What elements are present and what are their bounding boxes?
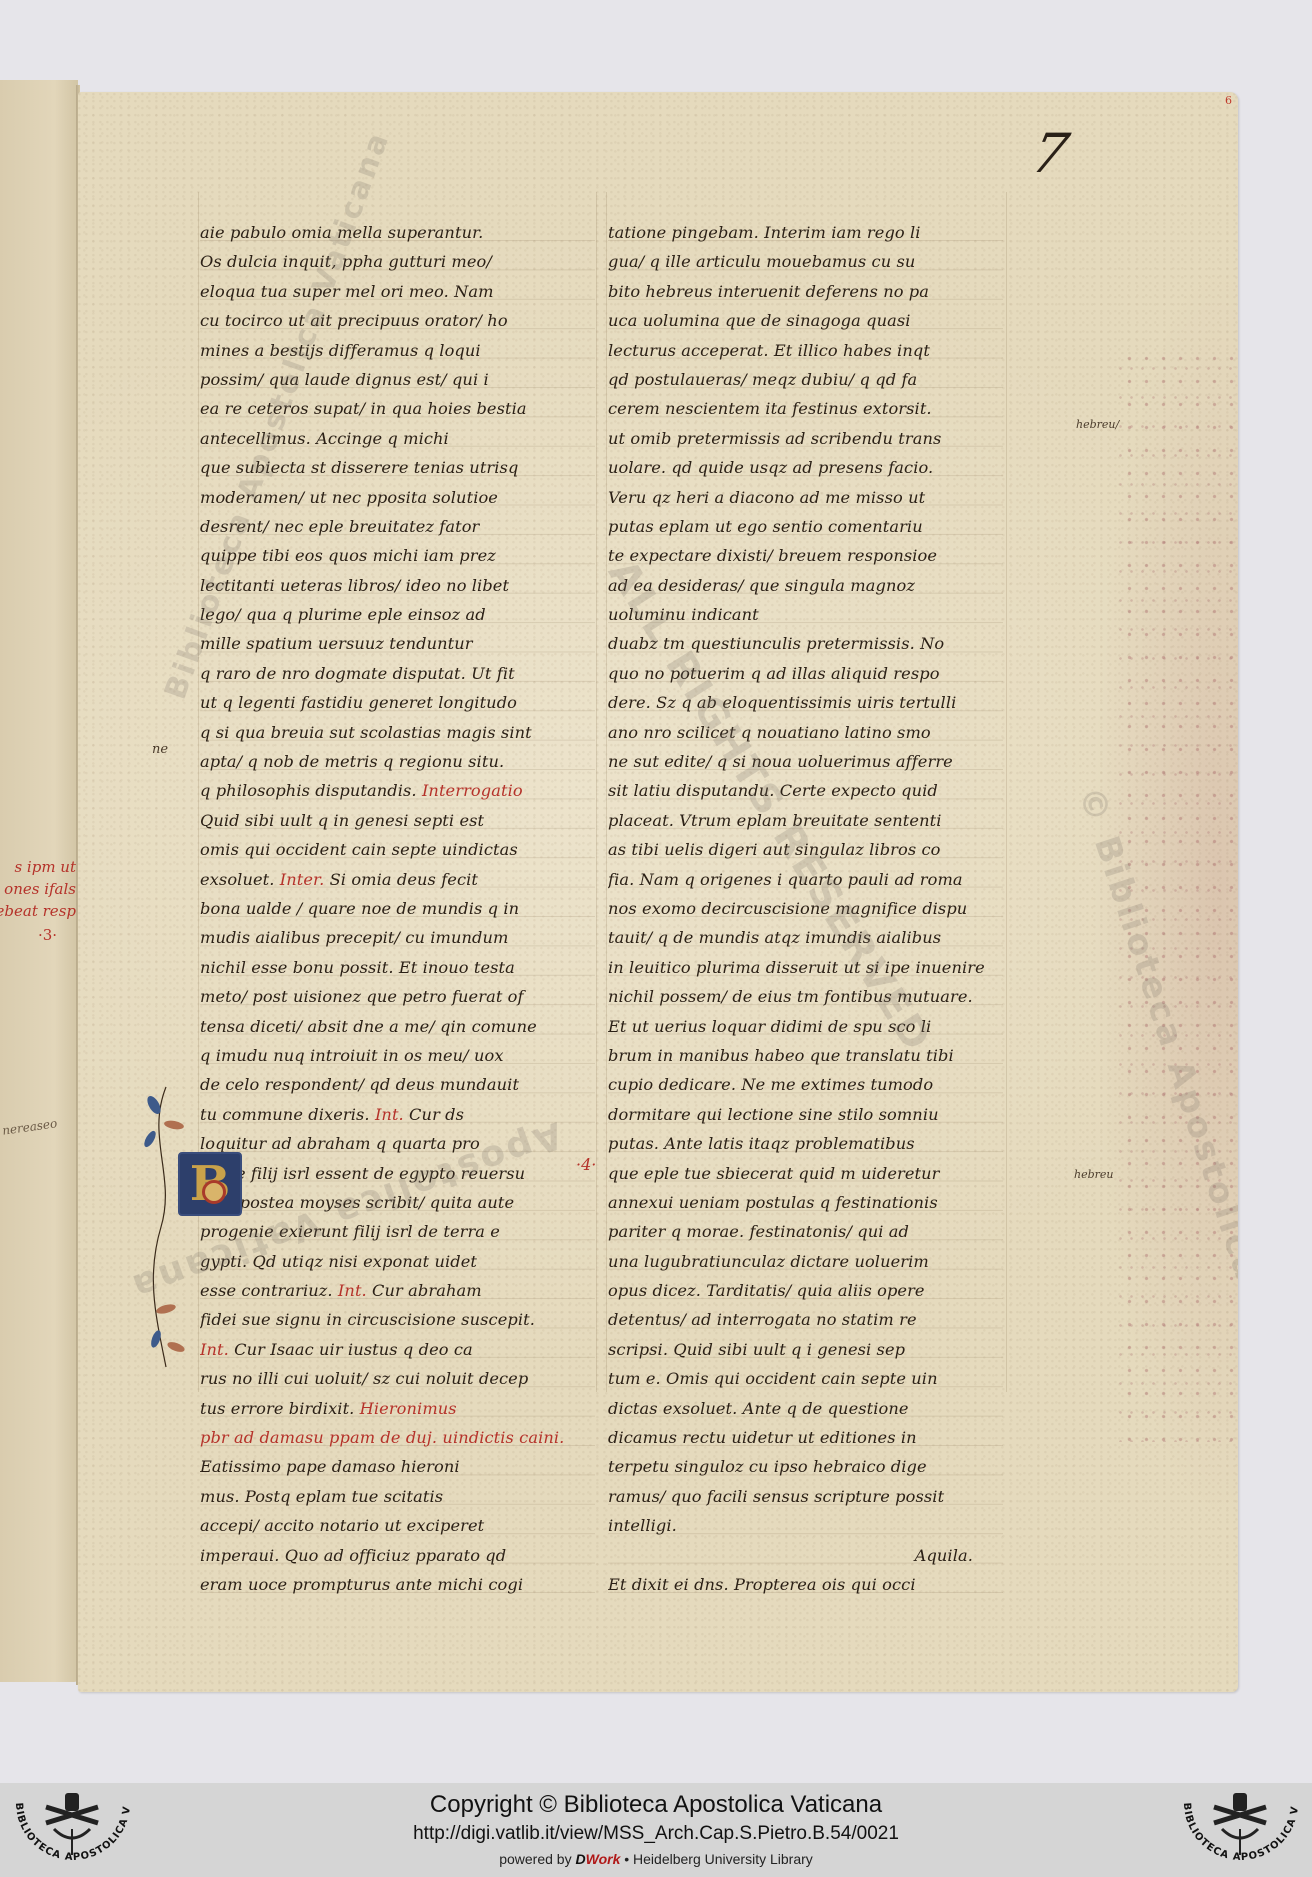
manuscript-line: ad ea desideras/ que singula magnoz [608,571,1003,600]
line-text: lectitanti ueteras libros/ ideo no libet [200,576,509,595]
left-page-red-note: s ipm ut [14,858,76,876]
manuscript-line: placeat. Vtrum eplam breuitate sententi [608,806,1003,835]
manuscript-line: mudis aialibus precepit/ cu imundum [200,923,595,952]
line-text: possim/ qua laude dignus est/ qui i [200,370,489,389]
line-text: ramus/ quo facili sensus scripture possi… [608,1487,944,1506]
manuscript-line: dictas exsoluet. Ante q de questione [608,1394,1003,1423]
foxing-stains [1118,342,1238,1442]
powered-by-label: powered by [499,1851,575,1867]
manuscript-line: moderamen/ ut nec pposita solutioe [200,483,595,512]
manuscript-line: mus. Postq eplam tue scitatis [200,1482,595,1511]
manuscript-line: ri/ q postea moyses scribit/ quita aute [200,1188,595,1217]
line-text: annexui ueniam postulas q festinationis [608,1193,938,1212]
manuscript-line: detentus/ ad interrogata no statim re [608,1305,1003,1334]
line-text: omis qui occident cain septe uindictas [200,840,518,859]
line-text: uoluminu indicant [608,605,759,624]
line-text-continued: Cur Isaac uir iustus q deo ca [229,1340,473,1359]
manuscript-line: ut omib pretermissis ad scribendu trans [608,424,1003,453]
manuscript-line: tauit/ q de mundis atqz imundis aialibus [608,923,1003,952]
manuscript-line: bito hebreus interuenit deferens no pa [608,277,1003,306]
manuscript-line: duabz tm questiunculis pretermissis. No [608,629,1003,658]
left-page-folio-mark: ·3· [38,926,57,944]
line-text: antecellimus. Accinge q michi [200,429,449,448]
line-text: uolare. qd quide usqz ad presens facio. [608,458,933,477]
line-text: quo no potuerim q ad illas aliquid respo [608,664,940,683]
line-text: q philosophis disputandis. [200,781,417,800]
manuscript-line: pbr ad damasu ppam de duj. uindictis cai… [200,1423,595,1452]
line-text: lecturus acceperat. Et illico habes inqt [608,341,930,360]
manuscript-line: una lugubratiunculaz dictare uoluerim [608,1247,1003,1276]
line-text: progenie exierunt filij isrl de terra e [200,1222,500,1241]
line-text: bito hebreus interuenit deferens no pa [608,282,929,301]
line-text: cu tocirco ut ait precipuus orator/ ho [200,311,508,330]
left-page-red-note: ones ifals [4,880,76,898]
manuscript-line: Quid sibi uult q in genesi septi est [200,806,595,835]
manuscript-line: q philosophis disputandis. Interrogatio [200,776,595,805]
permalink-url[interactable]: http://digi.vatlib.it/view/MSS_Arch.Cap.… [0,1823,1312,1845]
manuscript-line: fia. Nam q origenes i quarto pauli ad ro… [608,865,1003,894]
manuscript-line: Aquila. [608,1541,1003,1570]
line-text: mines a bestijs differamus q loqui [200,341,481,360]
corner-mark: 6 [1225,94,1232,107]
line-text: uca uolumina que de sinagoga quasi [608,311,911,330]
manuscript-line: scripsi. Quid sibi uult q i genesi sep [608,1335,1003,1364]
manuscript-line: nos exomo decircuscisione magnifice disp… [608,894,1003,923]
line-text: ne sut edite/ q si noua uoluerimus affer… [608,752,953,771]
line-text: mus. Postq eplam tue scitatis [200,1487,443,1506]
manuscript-line: aie pabulo omia mella superantur. [200,218,595,247]
manuscript-line: apta/ q nob de metris q regionu situ. [200,747,595,776]
manuscript-line: gua/ q ille articulu mouebamus cu su [608,247,1003,276]
line-text: fidei sue signu in circuscisione suscepi… [200,1310,535,1329]
manuscript-line: desrent/ nec eple breuitatez fator [200,512,595,541]
line-text: accepi/ accito notario ut exciperet [200,1516,484,1535]
manuscript-line: lego/ qua q plurime eple einsoz ad [200,600,595,629]
line-text: rus no illi cui uoluit/ sz cui noluit de… [200,1369,528,1388]
line-text-continued: Cur abraham [367,1281,482,1300]
line-text: nichil esse bonu possit. Et inouo testa [200,958,515,977]
manuscript-line: Et dixit ei dns. Propterea ois qui occi [608,1570,1003,1599]
line-text: ea re ceteros supat/ in qua hoies bestia [200,399,527,418]
manuscript-line: mines a bestijs differamus q loqui [200,336,595,365]
line-text: eloqua tua super mel ori meo. Nam [200,282,494,301]
line-text: ano nro scilicet q nouatiano latino smo [608,723,931,742]
manuscript-line: terpetu singuloz cu ipso hebraico dige [608,1452,1003,1481]
margin-note-hebreu: hebreu [1074,1168,1114,1181]
manuscript-line: Int. Cur Isaac uir iustus q deo ca [200,1335,595,1364]
line-text: mille spatium uersuuz tenduntur [200,634,473,653]
illuminated-initial: B [178,1152,242,1216]
line-text: q si qua breuia sut scolastias magis sin… [200,723,532,742]
line-text: brum in manibus habeo que translatu tibi [608,1046,954,1065]
line-text: que eple tue sbiecerat quid m uideretur [608,1164,940,1183]
rubric-marker: ·4· [576,1155,596,1174]
line-text: q imudu nuq introiuit in os meu/ uox [200,1046,504,1065]
ruling-line [1006,192,1007,1392]
line-text: exsoluet. [200,870,275,889]
manuscript-line: uca uolumina que de sinagoga quasi [608,306,1003,335]
line-text: fia. Nam q origenes i quarto pauli ad ro… [608,870,963,889]
manuscript-line: dere. Sz q ab eloquentissimis uiris tert… [608,688,1003,717]
manuscript-line: cu tocirco ut ait precipuus orator/ ho [200,306,595,335]
line-text: ad ea desideras/ que singula magnoz [608,576,915,595]
line-text: moderamen/ ut nec pposita solutioe [200,488,498,507]
dwork-work: Work [586,1851,621,1867]
line-text: cupio dedicare. Ne me extimes tumodo [608,1075,933,1094]
line-text: apta/ q nob de metris q regionu situ. [200,752,504,771]
manuscript-line: te expectare dixisti/ breuem responsioe [608,541,1003,570]
manuscript-line: gypti. Qd utiqz nisi exponat uidet [200,1247,595,1276]
text-column-right: tatione pingebam. Interim iam rego ligua… [608,218,1003,1599]
manuscript-line: bona ualde / quare noe de mundis q in [200,894,595,923]
manuscript-line: que eple tue sbiecerat quid m uideretur [608,1159,1003,1188]
rubric-heading: Interrogatio [422,781,523,800]
manuscript-line: ne sut edite/ q si noua uoluerimus affer… [608,747,1003,776]
ruling-line [596,192,597,1392]
line-text: Eatissimo pape damaso hieroni [200,1457,460,1476]
manuscript-line: dormitare qui lectione sine stilo somniu [608,1100,1003,1129]
line-text: detentus/ ad interrogata no statim re [608,1310,917,1329]
line-text: te expectare dixisti/ breuem responsioe [608,546,937,565]
manuscript-line: fidei sue signu in circuscisione suscepi… [200,1305,595,1334]
previous-page-edge: s ipm ut ones ifals ebeat resp ·3· nerea… [0,80,78,1682]
manuscript-line: Os dulcia inquit, ppha gutturi meo/ [200,247,595,276]
dwork-link[interactable]: DWork [575,1851,620,1867]
line-text: aie pabulo omia mella superantur. [200,223,483,242]
manuscript-line: ea re ceteros supat/ in qua hoies bestia [200,394,595,423]
line-text: ri/ q postea moyses scribit/ quita aute [200,1193,514,1212]
left-page-gloss: nereaseo [1,1116,58,1138]
line-text: Et dixit ei dns. Propterea ois qui occi [608,1575,916,1594]
manuscript-line: tus errore birdixit. Hieronimus [200,1394,595,1423]
text-column-left: aie pabulo omia mella superantur.Os dulc… [200,218,595,1599]
margin-note-ne: ne [152,742,168,757]
manuscript-line: possim/ qua laude dignus est/ qui i [200,365,595,394]
ruling-line [606,192,607,1392]
manuscript-line: ut q legenti fastidiu generet longitudo [200,688,595,717]
initial-ornament [202,1180,226,1204]
copyright-text: Copyright © Biblioteca Apostolica Vatica… [0,1791,1312,1819]
manuscript-line: uolare. qd quide usqz ad presens facio. [608,453,1003,482]
line-text: nos exomo decircuscisione magnifice disp… [608,899,967,918]
line-text: putas eplam ut ego sentio comentariu [608,517,923,536]
line-text: ut q legenti fastidiu generet longitudo [200,693,517,712]
manuscript-line: q imudu nuq introiuit in os meu/ uox [200,1041,595,1070]
line-text: que subiecta st disserere tenias utrisq [200,458,518,477]
manuscript-line: imperaui. Quo ad officiuz pparato qd [200,1541,595,1570]
line-text: tensa diceti/ absit dne a me/ qin comune [200,1017,537,1036]
floral-vine-decoration [136,1077,186,1377]
rubric-heading: Int. [200,1340,229,1359]
manuscript-line: in leuitico plurima disseruit ut si ipe … [608,953,1003,982]
line-text: eram uoce prompturus ante michi cogi [200,1575,523,1594]
line-text: intelligi. [608,1516,677,1535]
rubric-heading: Inter. [280,870,325,889]
manuscript-line: eram uoce prompturus ante michi cogi [200,1570,595,1599]
line-text: de celo respondent/ qd deus mundauit [200,1075,519,1094]
manuscript-line: qd postulaueras/ meqz dubiu/ q qd fa [608,365,1003,394]
manuscript-line: brum in manibus habeo que translatu tibi [608,1041,1003,1070]
manuscript-line: tum e. Omis qui occident cain septe uin [608,1364,1003,1393]
line-text: in leuitico plurima disseruit ut si ipe … [608,958,985,977]
rubric-heading: Hieronimus [360,1399,457,1418]
line-text: tum e. Omis qui occident cain septe uin [608,1369,938,1388]
manuscript-line: sit latiu disputandu. Certe expecto quid [608,776,1003,805]
line-text-continued: Cur ds [404,1105,464,1124]
manuscript-line: tu commune dixeris. Int. Cur ds [200,1100,595,1129]
line-text: q raro de nro dogmate disputat. Ut fit [200,664,515,683]
line-text: Et ut uerius loquar didimi de spu sco li [608,1017,931,1036]
manuscript-line: q raro de nro dogmate disputat. Ut fit [200,659,595,688]
manuscript-line: tensa diceti/ absit dne a me/ qin comune [200,1012,595,1041]
vatican-library-logo-right: BIBLIOTECA APOSTOLICA VATICANA [1170,1785,1310,1875]
line-text: mudis aialibus precepit/ cu imundum [200,928,508,947]
manuscript-line: genie filij isrl essent de egypto reuers… [200,1159,595,1188]
manuscript-line: as tibi uelis digeri aut singulaz libros… [608,835,1003,864]
line-text: genie filij isrl essent de egypto reuers… [200,1164,525,1183]
manuscript-line: pariter q morae. festinatonis/ qui ad [608,1217,1003,1246]
line-text: ut omib pretermissis ad scribendu trans [608,429,941,448]
line-text: dormitare qui lectione sine stilo somniu [608,1105,939,1124]
manuscript-line: progenie exierunt filij isrl de terra e [200,1217,595,1246]
manuscript-line: opus dicez. Tarditatis/ quia aliis opere [608,1276,1003,1305]
manuscript-line: annexui ueniam postulas q festinationis [608,1188,1003,1217]
manuscript-line: quo no potuerim q ad illas aliquid respo [608,659,1003,688]
line-text: tu commune dixeris. [200,1105,370,1124]
manuscript-line: cupio dedicare. Ne me extimes tumodo [608,1070,1003,1099]
line-text: placeat. Vtrum eplam breuitate sententi [608,811,941,830]
line-text: gua/ q ille articulu mouebamus cu su [608,252,915,271]
manuscript-line: cerem nescientem ita festinus extorsit. [608,394,1003,423]
manuscript-line: meto/ post uisionez que petro fuerat of [200,982,595,1011]
manuscript-line: ano nro scilicet q nouatiano latino smo [608,718,1003,747]
line-text: opus dicez. Tarditatis/ quia aliis opere [608,1281,925,1300]
line-text: dere. Sz q ab eloquentissimis uiris tert… [608,693,956,712]
manuscript-line: uoluminu indicant [608,600,1003,629]
rubric-heading: Int. [338,1281,367,1300]
left-page-red-note: ebeat resp [0,902,76,920]
line-text: duabz tm questiunculis pretermissis. No [608,634,944,653]
heidelberg-credit: • Heidelberg University Library [620,1851,812,1867]
manuscript-line: putas. Ante latis itaqz problematibus [608,1129,1003,1158]
manuscript-line: rus no illi cui uoluit/ sz cui noluit de… [200,1364,595,1393]
manuscript-line: lectitanti ueteras libros/ ideo no libet [200,571,595,600]
line-text: pbr ad damasu ppam de duj. uindictis cai… [200,1428,564,1447]
manuscript-line: mille spatium uersuuz tenduntur [200,629,595,658]
line-text: lego/ qua q plurime eple einsoz ad [200,605,486,624]
line-text-continued: Si omia deus fecit [324,870,478,889]
line-text: loquitur ad abraham q quarta pro [200,1134,480,1153]
line-text: tus errore birdixit. [200,1399,354,1418]
line-text: pariter q morae. festinatonis/ qui ad [608,1222,909,1241]
line-text: cerem nescientem ita festinus extorsit. [608,399,932,418]
powered-by-credit: powered by DWork • Heidelberg University… [0,1851,1312,1867]
folio-number: 7 [1026,122,1074,185]
manuscript-line: de celo respondent/ qd deus mundauit [200,1070,595,1099]
margin-note-hebreu: hebreu/ [1076,418,1119,431]
line-text: sit latiu disputandu. Certe expecto quid [608,781,938,800]
manuscript-line: nichil possem/ de eius tm fontibus mutua… [608,982,1003,1011]
manuscript-line: Et ut uerius loquar didimi de spu sco li [608,1012,1003,1041]
line-text: esse contrariuz. [200,1281,333,1300]
manuscript-line: esse contrariuz. Int. Cur abraham [200,1276,595,1305]
line-text: dicamus rectu uidetur ut editiones in [608,1428,917,1447]
manuscript-line: exsoluet. Inter. Si omia deus fecit [200,865,595,894]
line-text: scripsi. Quid sibi uult q i genesi sep [608,1340,905,1359]
line-text: putas. Ante latis itaqz problematibus [608,1134,915,1153]
line-text: Os dulcia inquit, ppha gutturi meo/ [200,252,492,271]
manuscript-page: 6 7 aie pabulo omia mella superantur.Os … [78,92,1238,1692]
manuscript-line: dicamus rectu uidetur ut editiones in [608,1423,1003,1452]
dwork-d: D [575,1851,585,1867]
line-text: imperaui. Quo ad officiuz pparato qd [200,1546,506,1565]
rubric-heading: Int. [375,1105,404,1124]
line-text: gypti. Qd utiqz nisi exponat uidet [200,1252,477,1271]
manuscript-line: Eatissimo pape damaso hieroni [200,1452,595,1481]
line-text: terpetu singuloz cu ipso hebraico dige [608,1457,927,1476]
line-text: bona ualde / quare noe de mundis q in [200,899,519,918]
manuscript-line: lecturus acceperat. Et illico habes inqt [608,336,1003,365]
line-text: nichil possem/ de eius tm fontibus mutua… [608,987,973,1006]
line-text: tatione pingebam. Interim iam rego li [608,223,921,242]
line-text: as tibi uelis digeri aut singulaz libros… [608,840,941,859]
line-text: desrent/ nec eple breuitatez fator [200,517,479,536]
copyright-footer: BIBLIOTECA APOSTOLICA VATICANA Copyright… [0,1783,1312,1877]
manuscript-line: omis qui occident cain septe uindictas [200,835,595,864]
line-text: Quid sibi uult q in genesi septi est [200,811,484,830]
manuscript-line: loquitur ad abraham q quarta pro [200,1129,595,1158]
line-text: Veru qz heri a diacono ad me misso ut [608,488,925,507]
manuscript-line: ramus/ quo facili sensus scripture possi… [608,1482,1003,1511]
manuscript-line: putas eplam ut ego sentio comentariu [608,512,1003,541]
line-text: dictas exsoluet. Ante q de questione [608,1399,909,1418]
manuscript-line: intelligi. [608,1511,1003,1540]
line-text: meto/ post uisionez que petro fuerat of [200,987,524,1006]
line-text: quippe tibi eos quos michi iam prez [200,546,496,565]
line-text: Aquila. [915,1546,973,1565]
line-text: qd postulaueras/ meqz dubiu/ q qd fa [608,370,917,389]
manuscript-line: quippe tibi eos quos michi iam prez [200,541,595,570]
manuscript-line: tatione pingebam. Interim iam rego li [608,218,1003,247]
line-text: tauit/ q de mundis atqz imundis aialibus [608,928,941,947]
manuscript-line: nichil esse bonu possit. Et inouo testa [200,953,595,982]
manuscript-line: que subiecta st disserere tenias utrisq [200,453,595,482]
manuscript-line: q si qua breuia sut scolastias magis sin… [200,718,595,747]
line-text: una lugubratiunculaz dictare uoluerim [608,1252,929,1271]
manuscript-line: antecellimus. Accinge q michi [200,424,595,453]
manuscript-line: accepi/ accito notario ut exciperet [200,1511,595,1540]
manuscript-line: eloqua tua super mel ori meo. Nam [200,277,595,306]
manuscript-line: Veru qz heri a diacono ad me misso ut [608,483,1003,512]
